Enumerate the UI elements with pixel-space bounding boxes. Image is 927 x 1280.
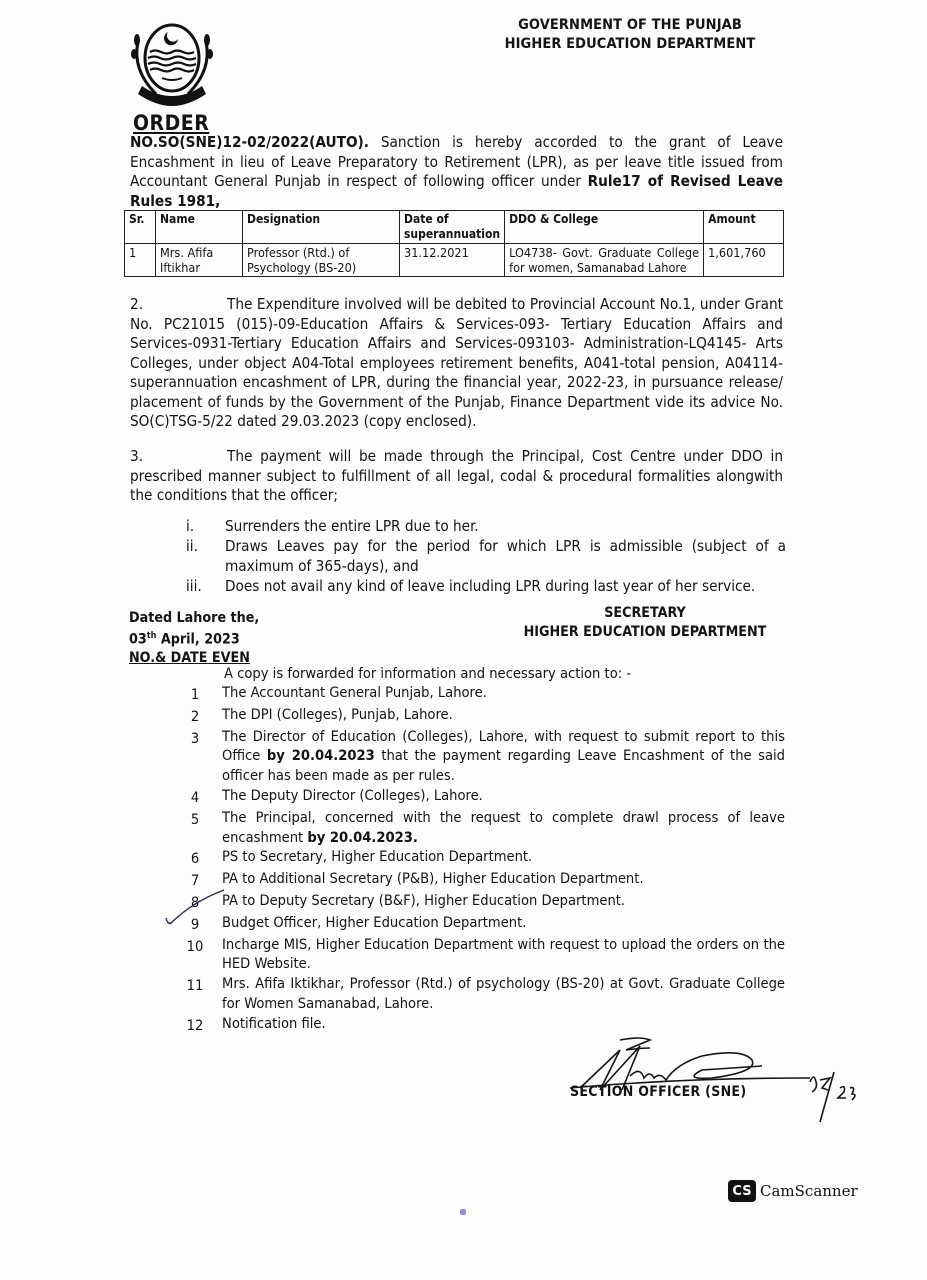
dated-block: Dated Lahore the, 03th April, 2023 NO.& … — [129, 609, 259, 667]
list-item: 5The Principal, concerned with the reque… — [168, 808, 785, 848]
copy-number: 6 — [168, 847, 222, 869]
document-page: GOVERNMENT OF THE PUNJAB HIGHER EDUCATIO… — [0, 0, 927, 1280]
cell-ddo: LO4738- Govt. Graduate College for women… — [505, 244, 704, 277]
copy-forward-intro: A copy is forwarded for information and … — [224, 664, 631, 683]
list-item: 4The Deputy Director (Colleges), Lahore. — [168, 786, 785, 808]
condition-number: i. — [186, 516, 225, 536]
copy-number: 4 — [168, 786, 222, 808]
dated-place: Dated Lahore the, — [129, 609, 259, 627]
table-header-row: Sr. Name Designation Date of superannuat… — [125, 211, 784, 244]
col-header-sr: Sr. — [125, 211, 156, 244]
paragraph-3-number: 3. — [130, 447, 227, 467]
condition-text: Surrenders the entire LPR due to her. — [225, 516, 786, 536]
deadline-date: by 20.04.2023 — [267, 747, 375, 764]
list-item: 1The Accountant General Punjab, Lahore. — [168, 683, 785, 705]
copy-recipient: Budget Officer, Higher Education Departm… — [222, 913, 785, 935]
copy-recipient: PA to Additional Secretary (P&B), Higher… — [222, 869, 785, 891]
secretary-block: SECRETARY HIGHER EDUCATION DEPARTMENT — [505, 604, 785, 642]
copy-number: 10 — [168, 935, 222, 975]
cell-designation: Professor (Rtd.) of Psychology (BS-20) — [243, 244, 400, 277]
table-row: 1 Mrs. Afifa Iftikhar Professor (Rtd.) o… — [125, 244, 784, 277]
paragraph-2-text: The Expenditure involved will be debited… — [130, 295, 783, 430]
list-item: 3The Director of Education (Colleges), L… — [168, 727, 785, 786]
dated-date: 03th April, 2023 — [129, 627, 259, 649]
order-paragraph-3: 3.The payment will be made through the P… — [130, 447, 783, 506]
col-header-designation: Designation — [243, 211, 400, 244]
department-header: GOVERNMENT OF THE PUNJAB HIGHER EDUCATIO… — [480, 16, 780, 54]
officer-table: Sr. Name Designation Date of superannuat… — [124, 210, 784, 277]
list-item: i. Surrenders the entire LPR due to her. — [186, 516, 786, 536]
condition-text: Does not avail any kind of leave includi… — [225, 576, 786, 596]
order-paragraph-2: 2.The Expenditure involved will be debit… — [130, 295, 783, 432]
copy-number: 5 — [168, 808, 222, 848]
copy-recipient: Incharge MIS, Higher Education Departmen… — [222, 935, 785, 975]
secretary-title: SECRETARY — [505, 604, 785, 623]
camscanner-watermark: CS CamScanner — [728, 1180, 858, 1202]
section-officer-label: SECTION OFFICER (SNE) — [570, 1084, 746, 1100]
dated-day: 03 — [129, 632, 147, 648]
copy-number: 11 — [168, 974, 222, 1014]
list-item: iii. Does not avail any kind of leave in… — [186, 576, 786, 596]
copy-number: 3 — [168, 727, 222, 786]
col-header-amount: Amount — [704, 211, 784, 244]
handwritten-tick-icon — [162, 888, 232, 928]
copy-recipient: The Director of Education (Colleges), La… — [222, 727, 785, 786]
copy-number: 12 — [168, 1014, 222, 1036]
condition-number: ii. — [186, 536, 225, 576]
condition-text: Draws Leaves pay for the period for whic… — [225, 536, 786, 576]
list-item: 2The DPI (Colleges), Punjab, Lahore. — [168, 705, 785, 727]
header-government: GOVERNMENT OF THE PUNJAB — [480, 16, 780, 35]
copy-recipient: Mrs. Afifa Iktikhar, Professor (Rtd.) of… — [222, 974, 785, 1014]
col-header-name: Name — [156, 211, 243, 244]
cell-amount: 1,601,760 — [704, 244, 784, 277]
dated-day-suffix: th — [147, 631, 157, 641]
cell-date: 31.12.2021 — [400, 244, 505, 277]
order-title: ORDER — [133, 111, 209, 135]
copy-recipient: The Deputy Director (Colleges), Lahore. — [222, 786, 785, 808]
copy-recipient: The DPI (Colleges), Punjab, Lahore. — [222, 705, 785, 727]
order-paragraph-1: NO.SO(SNE)12-02/2022(AUTO). Sanction is … — [130, 133, 783, 211]
copy-recipient: The Accountant General Punjab, Lahore. — [222, 683, 785, 705]
col-header-date: Date of superannuation — [400, 211, 505, 244]
secretary-department: HIGHER EDUCATION DEPARTMENT — [505, 623, 785, 642]
list-item: 11Mrs. Afifa Iktikhar, Professor (Rtd.) … — [168, 974, 785, 1014]
copy-recipient: The Principal, concerned with the reques… — [222, 808, 785, 848]
order-number: NO.SO(SNE)12-02/2022(AUTO). — [130, 133, 369, 151]
list-item: 6PS to Secretary, Higher Education Depar… — [168, 847, 785, 869]
cell-name: Mrs. Afifa Iftikhar — [156, 244, 243, 277]
condition-number: iii. — [186, 576, 225, 596]
cell-sr: 1 — [125, 244, 156, 277]
punjab-emblem-icon — [124, 20, 220, 108]
list-item: 9Budget Officer, Higher Education Depart… — [168, 913, 785, 935]
deadline-date: by 20.04.2023. — [307, 829, 418, 846]
col-header-ddo: DDO & College — [505, 211, 704, 244]
dated-month-year: April, 2023 — [156, 632, 239, 648]
camscanner-logo-icon: CS — [728, 1180, 756, 1202]
scan-speck — [460, 1209, 466, 1215]
signature-icon — [560, 1030, 880, 1130]
paragraph-2-number: 2. — [130, 295, 227, 315]
list-item: ii. Draws Leaves pay for the period for … — [186, 536, 786, 576]
header-department: HIGHER EDUCATION DEPARTMENT — [480, 35, 780, 54]
copy-number: 1 — [168, 683, 222, 705]
list-item: 7PA to Additional Secretary (P&B), Highe… — [168, 869, 785, 891]
copy-number: 2 — [168, 705, 222, 727]
camscanner-text: CamScanner — [760, 1182, 858, 1200]
list-item: 8PA to Deputy Secretary (B&F), Higher Ed… — [168, 891, 785, 913]
paragraph-3-text: The payment will be made through the Pri… — [130, 447, 783, 504]
copy-recipients-list: 1The Accountant General Punjab, Lahore.2… — [168, 683, 785, 1036]
list-item: 10Incharge MIS, Higher Education Departm… — [168, 935, 785, 975]
copy-recipient: PS to Secretary, Higher Education Depart… — [222, 847, 785, 869]
copy-recipient: PA to Deputy Secretary (B&F), Higher Edu… — [222, 891, 785, 913]
conditions-list: i. Surrenders the entire LPR due to her.… — [186, 516, 786, 596]
